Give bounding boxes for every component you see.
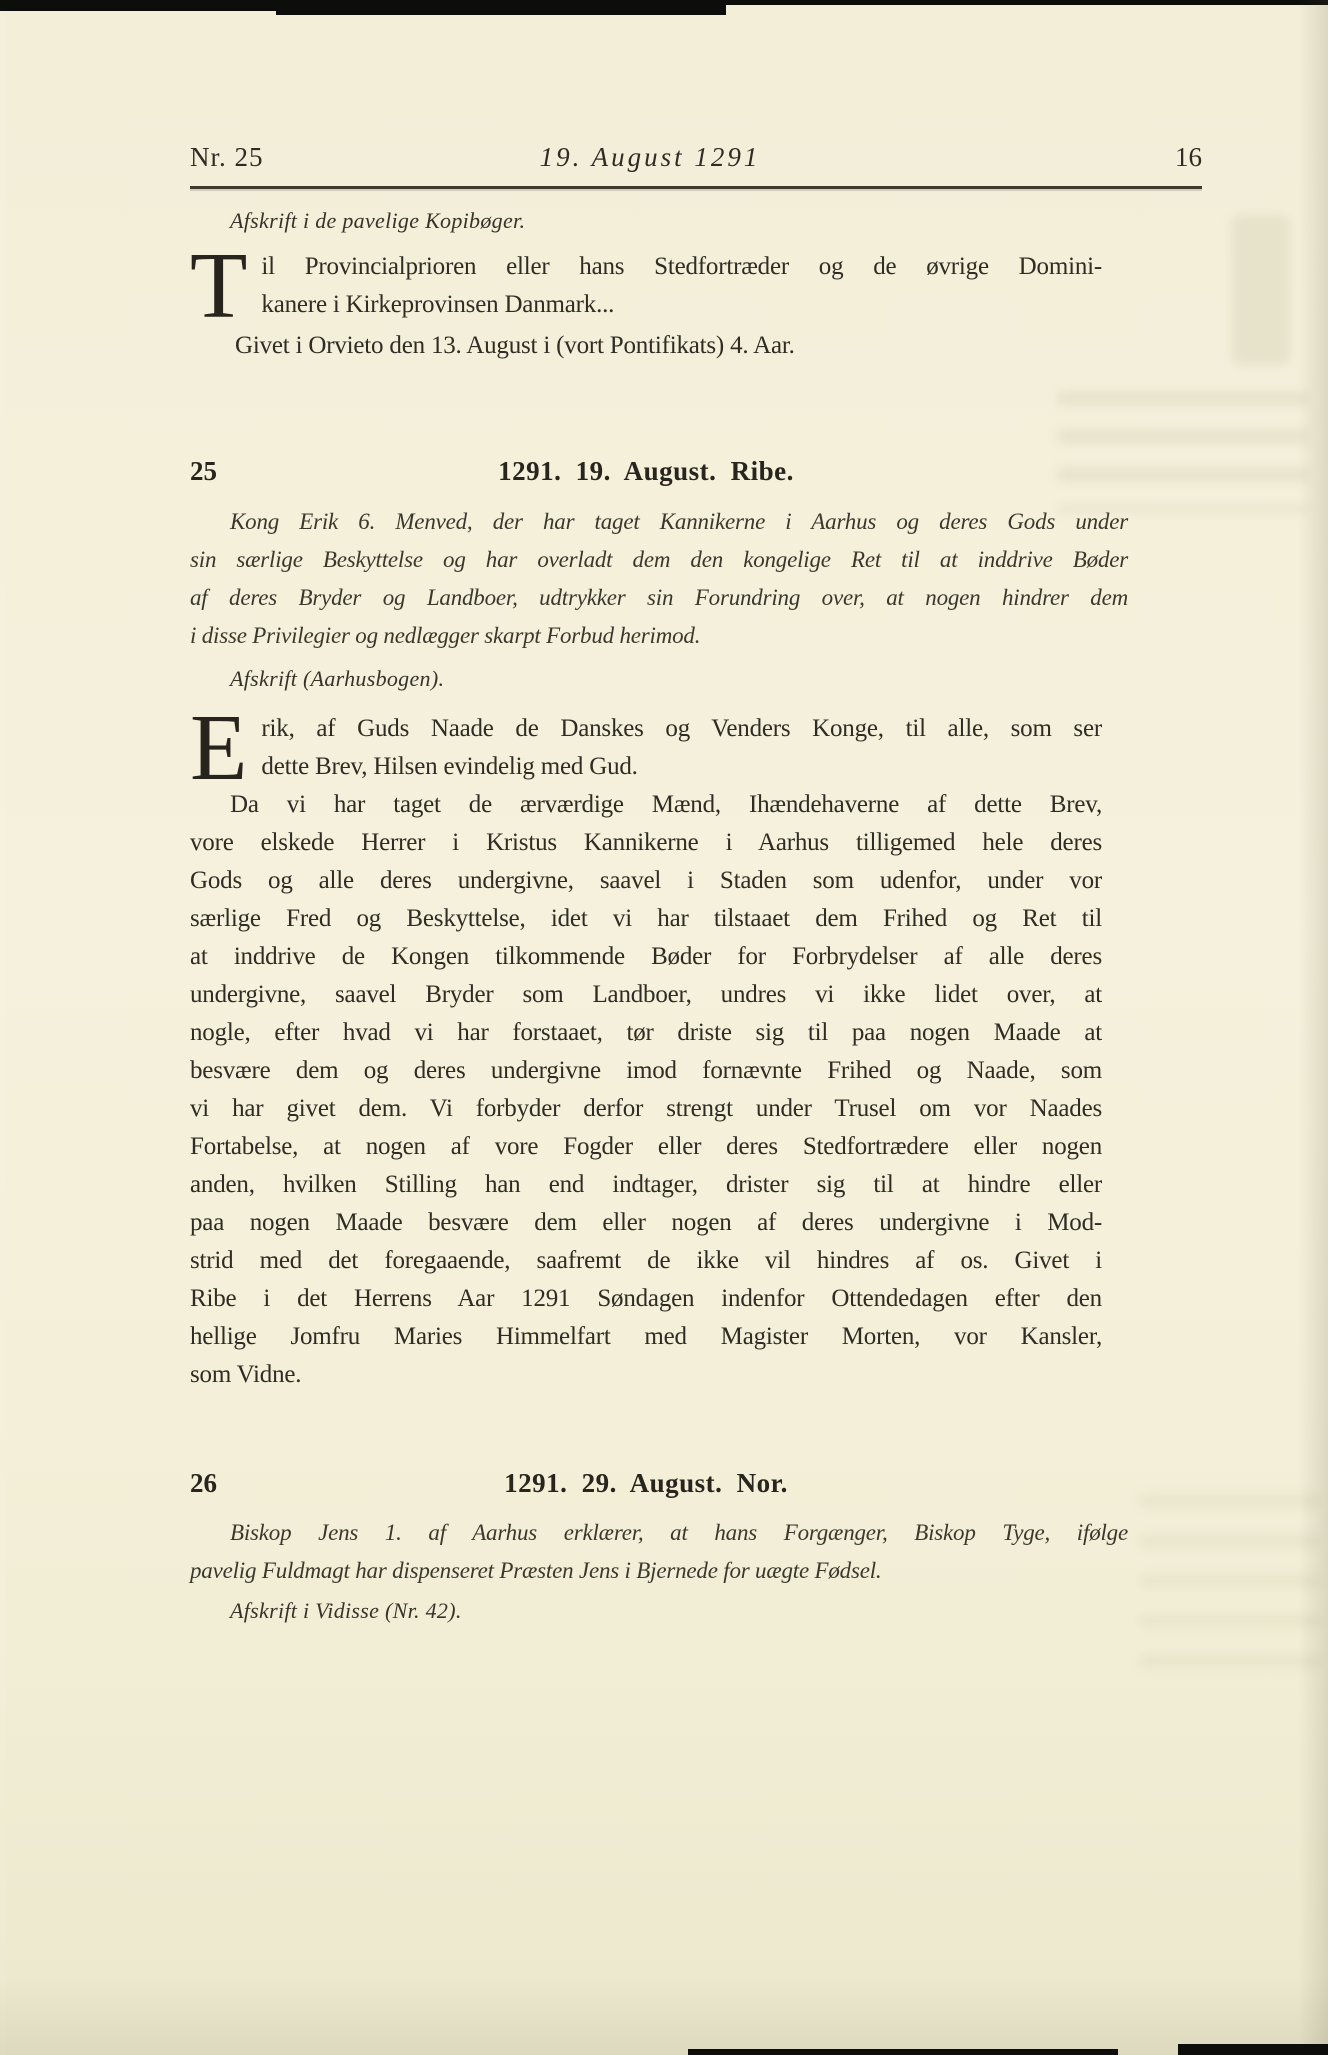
entry24-body-lines: il Provincialprioren eller hans Stedfort… (190, 248, 1102, 324)
text-line: besvære dem og deres undergivne imod for… (190, 1052, 1102, 1090)
entry24-dateline: Givet i Orvieto den 13. August i (vort P… (190, 332, 795, 360)
entry24-body: T il Provincialprioren eller hans Stedfo… (190, 248, 1102, 324)
bleed-through-smudge (1058, 392, 1308, 512)
text-line: vore elskede Herrer i Kristus Kannikerne… (190, 824, 1102, 862)
scan-top-bar-mid (276, 0, 726, 15)
entry25-summary-lines: Kong Erik 6. Menved, der har taget Kanni… (190, 503, 1128, 655)
scan-bottom-bar (688, 2049, 1118, 2055)
running-head: Nr. 25 19. August 1291 16 (190, 142, 1202, 176)
text-line: Biskop Jens 1. af Aarhus erklærer, at ha… (190, 1514, 1128, 1552)
header-rule (190, 186, 1202, 189)
book-page-scan: Nr. 25 19. August 1291 16 Afskrift i de … (0, 0, 1328, 2055)
text-line: Fortabelse, at nogen af vore Fogder elle… (190, 1128, 1102, 1166)
text-line: rik, af Guds Naade de Danskes og Venders… (190, 710, 1102, 748)
text-line: i disse Privilegier og nedlægger skarpt … (190, 617, 1128, 655)
bleed-through-smudge (1140, 1495, 1320, 1685)
scan-bottom-bar (1178, 2044, 1328, 2055)
entry25-body: E rik, af Guds Naade de Danskes og Vende… (190, 710, 1102, 1394)
entry25-number: 25 (190, 456, 217, 487)
entry25-summary: Kong Erik 6. Menved, der har taget Kanni… (190, 503, 1128, 655)
entry25-salutation-lines: rik, af Guds Naade de Danskes og Venders… (190, 710, 1102, 786)
entry25-title: 1291. 19. August. Ribe. (190, 456, 1102, 487)
entry25-source-note: Afskrift (Aarhusbogen). (190, 666, 444, 692)
text-line: vi har givet dem. Vi forbyder derfor str… (190, 1090, 1102, 1128)
entry24-source-note: Afskrift i de pavelige Kopibøger. (190, 208, 525, 234)
text-line: hellige Jomfru Maries Himmelfart med Mag… (190, 1318, 1102, 1356)
text-line: nogle, efter hvad vi har forstaaet, tør … (190, 1014, 1102, 1052)
text-line: anden, hvilken Stilling han end indtager… (190, 1166, 1102, 1204)
text-line: af deres Bryder og Landboer, udtrykker s… (190, 579, 1128, 617)
page-number: 16 (1175, 142, 1202, 173)
entry25-heading: 25 1291. 19. August. Ribe. (190, 456, 1102, 490)
entry26-number: 26 (190, 1468, 217, 1499)
text-line: sin særlige Beskyttelse og har overladt … (190, 541, 1128, 579)
dropcap-letter: T (190, 246, 247, 321)
text-line: Kong Erik 6. Menved, der har taget Kanni… (190, 503, 1128, 541)
text-line: at inddrive de Kongen tilkommende Bøder … (190, 938, 1102, 976)
entry26-summary: Biskop Jens 1. af Aarhus erklærer, at ha… (190, 1514, 1128, 1590)
entry25-body-lines: Da vi har taget de ærværdige Mænd, Ihænd… (190, 786, 1102, 1394)
entry26-summary-lines: Biskop Jens 1. af Aarhus erklærer, at ha… (190, 1514, 1128, 1590)
text-line: dette Brev, Hilsen evindelig med Gud. (190, 748, 1102, 786)
running-head-date: 19. August 1291 (410, 142, 890, 173)
text-line: Da vi har taget de ærværdige Mænd, Ihænd… (190, 786, 1102, 824)
text-line: som Vidne. (190, 1356, 1102, 1394)
text-line: paa nogen Maade besvære dem eller nogen … (190, 1204, 1102, 1242)
dropcap-letter: E (190, 708, 247, 783)
text-line: strid med det foregaaende, saafremt de i… (190, 1242, 1102, 1280)
text-line: særlige Fred og Beskyttelse, idet vi har… (190, 900, 1102, 938)
text-line: kanere i Kirkeprovinsen Danmark... (190, 286, 1102, 324)
entry26-source-note: Afskrift i Vidisse (Nr. 42). (190, 1598, 462, 1624)
entry26-heading: 26 1291. 29. August. Nor. (190, 1468, 1102, 1502)
page-bottom-shadow (0, 1975, 1328, 2055)
text-line: Ribe i det Herrens Aar 1291 Søndagen ind… (190, 1280, 1102, 1318)
document-number: Nr. 25 (190, 142, 264, 173)
entry26-title: 1291. 29. August. Nor. (190, 1468, 1102, 1499)
text-line: Gods og alle deres undergivne, saavel i … (190, 862, 1102, 900)
page-edge-shadow (1298, 0, 1328, 2055)
text-line: pavelig Fuldmagt har dispenseret Præsten… (190, 1552, 1128, 1590)
text-line: undergivne, saavel Bryder som Landboer, … (190, 976, 1102, 1014)
bleed-through-smudge (1232, 215, 1290, 365)
text-line: il Provincialprioren eller hans Stedfort… (190, 248, 1102, 286)
